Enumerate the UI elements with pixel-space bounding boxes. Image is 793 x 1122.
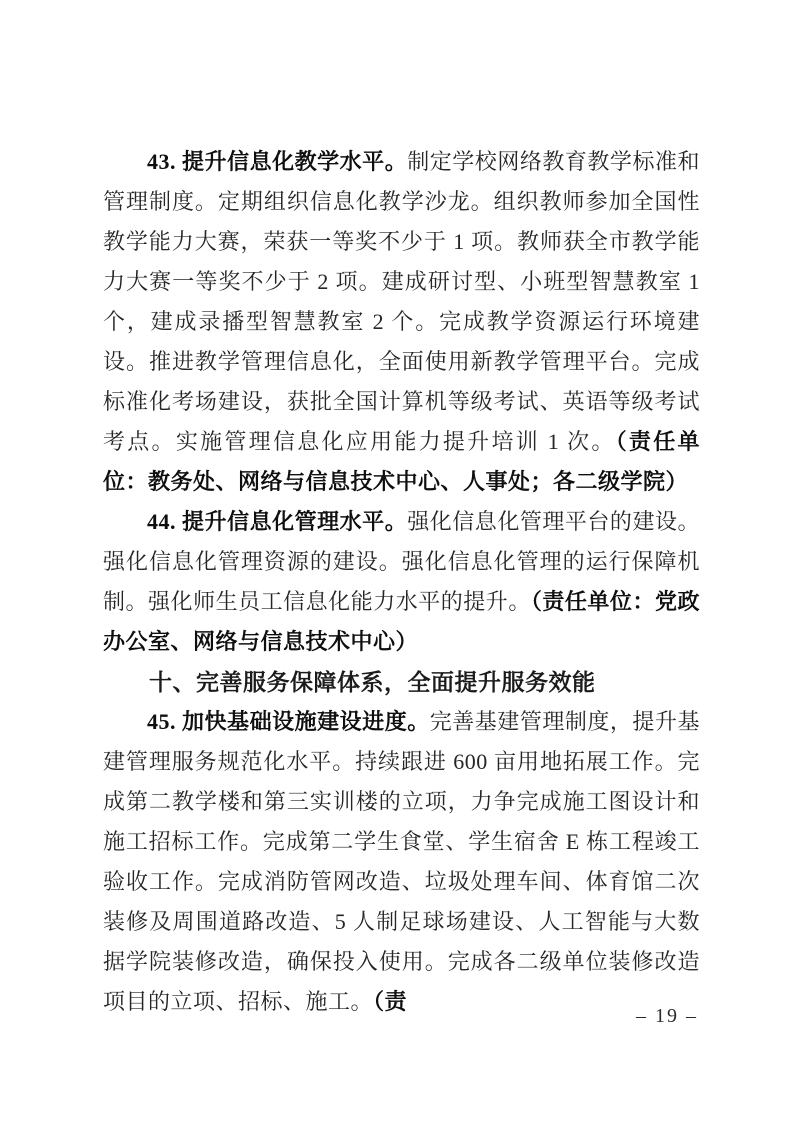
item-43-body: 制定学校网络教育教学标准和管理制度。定期组织信息化教学沙龙。组织教师参加全国性教… — [103, 149, 700, 454]
item-43-title: 43. 提升信息化教学水平。 — [147, 149, 407, 174]
paragraph-item-45: 45. 加快基础设施建设进度。完善基建管理制度，提升基建管理服务规范化水平。持续… — [103, 702, 700, 1022]
page-number: – 19 – — [636, 1002, 698, 1030]
item-45-title: 45. 加快基础设施建设进度。 — [147, 709, 430, 734]
item-45-responsibility-partial: （责 — [373, 989, 407, 1014]
section-10-heading: 十、完善服务保障体系，全面提升服务效能 — [103, 662, 700, 702]
document-page: 43. 提升信息化教学水平。制定学校网络教育教学标准和管理制度。定期组织信息化教… — [0, 0, 793, 1122]
document-content: 43. 提升信息化教学水平。制定学校网络教育教学标准和管理制度。定期组织信息化教… — [103, 142, 700, 1022]
paragraph-item-43: 43. 提升信息化教学水平。制定学校网络教育教学标准和管理制度。定期组织信息化教… — [103, 142, 700, 502]
item-45-body: 完善基建管理制度，提升基建管理服务规范化水平。持续跟进 600 亩用地拓展工作。… — [103, 709, 700, 1014]
paragraph-item-44: 44. 提升信息化管理水平。强化信息化管理平台的建设。强化信息化管理资源的建设。… — [103, 502, 700, 662]
item-44-title: 44. 提升信息化管理水平。 — [147, 509, 407, 534]
